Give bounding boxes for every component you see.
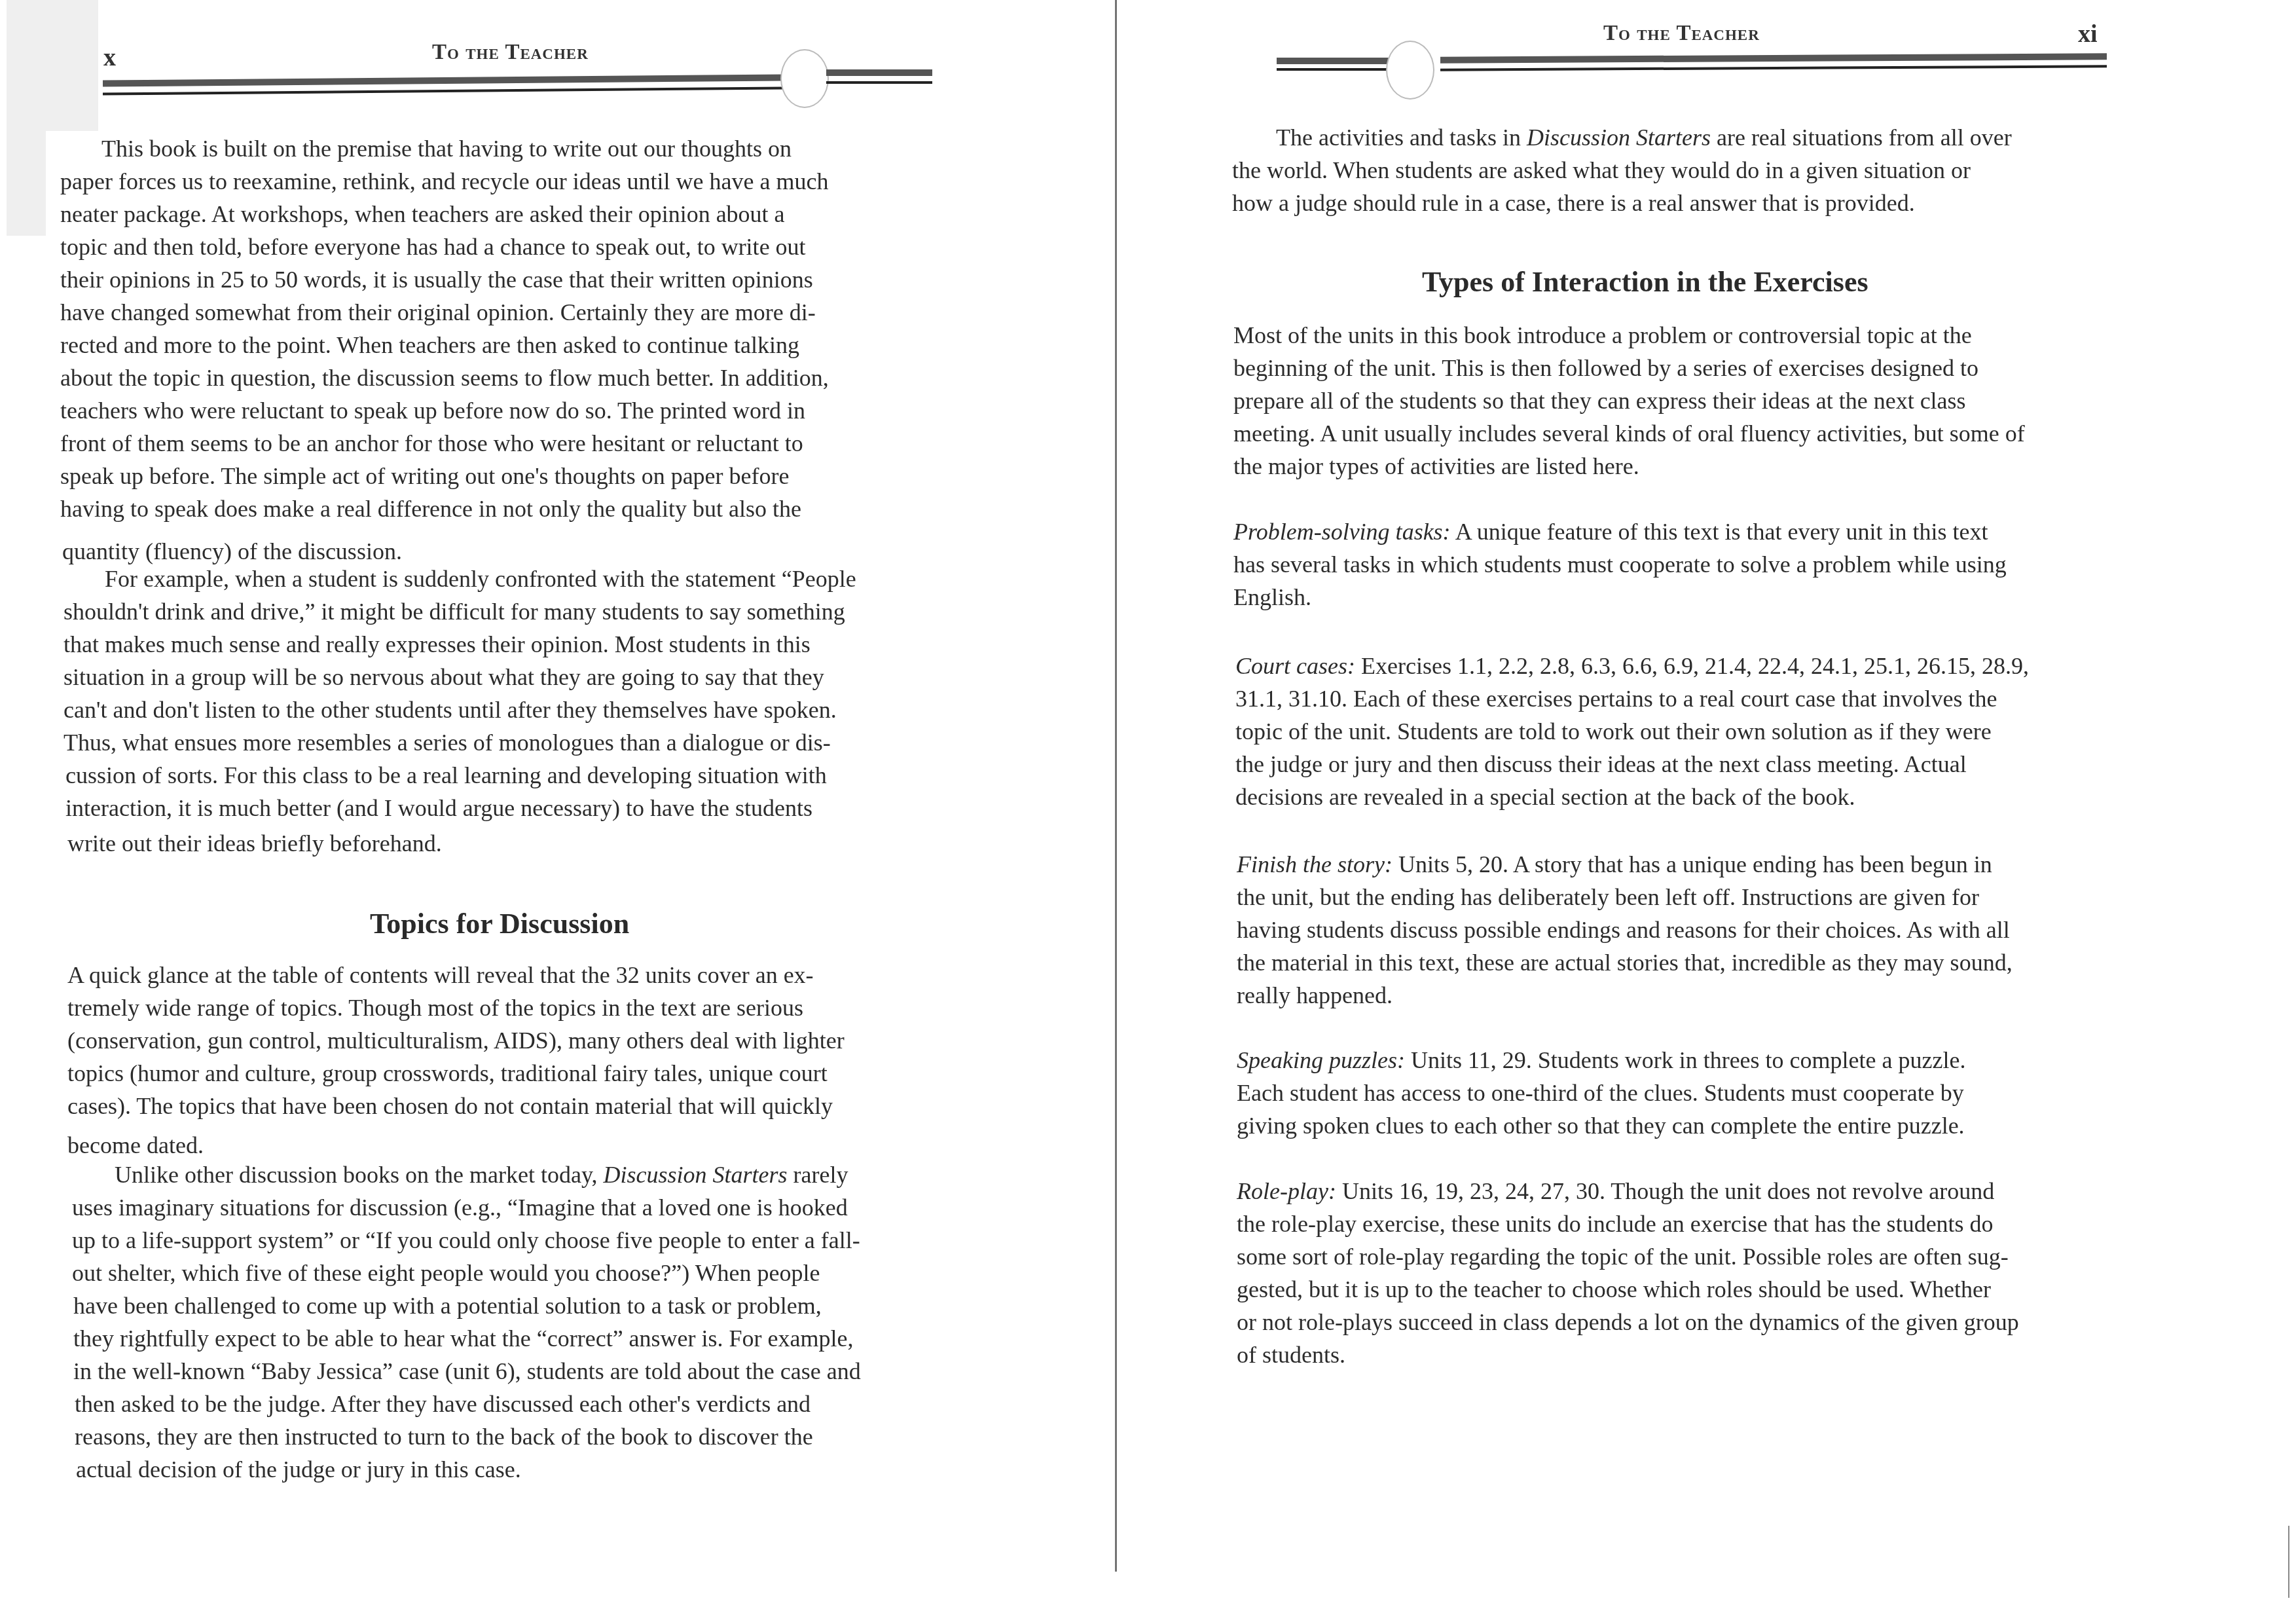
page-number: xi (2078, 20, 2098, 48)
text-line: has several tasks in which students must… (1233, 550, 2007, 579)
text-run: A unique feature of this text is that ev… (1451, 519, 1988, 545)
text-line: their opinions in 25 to 50 words, it is … (60, 265, 813, 294)
text-line: prepare all of the students so that they… (1233, 386, 1966, 415)
text-line: Speaking puzzles: Units 11, 29. Students… (1237, 1046, 1965, 1075)
binding-ring (1386, 41, 1434, 100)
header-rule-thick (1277, 58, 1391, 64)
section-heading: Topics for Discussion (370, 907, 629, 940)
text-line: interaction, it is much better (and I wo… (65, 794, 812, 822)
header-rule-thick (103, 74, 784, 86)
text-line: tremely wide range of topics. Though mos… (67, 993, 803, 1022)
text-run: Units 5, 20. A story that has a unique e… (1393, 851, 1992, 877)
text-line: (conservation, gun control, multicultura… (67, 1026, 845, 1055)
text-line: paper forces us to reexamine, rethink, a… (60, 167, 829, 196)
text-line: English. (1233, 583, 1311, 612)
text-line: having students discuss possible endings… (1237, 915, 2010, 944)
text-line: topic of the unit. Students are told to … (1235, 717, 1992, 746)
text-line: the unit, but the ending has deliberatel… (1237, 883, 1979, 912)
activity-label: Problem-solving tasks: (1233, 519, 1451, 545)
text-line: have changed somewhat from their origina… (60, 298, 816, 327)
text-line: actual decision of the judge or jury in … (76, 1455, 521, 1484)
text-run: are real situations from all over (1711, 124, 2012, 151)
text-line: giving spoken clues to each other so tha… (1237, 1111, 1965, 1140)
text-line: or not role-plays succeed in class depen… (1237, 1308, 2019, 1337)
text-run: Units 11, 29. Students work in threes to… (1405, 1047, 1966, 1073)
text-line: 31.1, 31.10. Each of these exercises per… (1235, 684, 1997, 713)
text-line: This book is built on the premise that h… (101, 134, 792, 163)
text-line: cases). The topics that have been chosen… (67, 1092, 833, 1120)
text-line: the world. When students are asked what … (1232, 156, 1971, 185)
text-line: teachers who were reluctant to speak up … (60, 396, 805, 425)
text-line: shouldn't drink and drive,” it might be … (64, 597, 845, 626)
text-line: topic and then told, before everyone has… (60, 232, 806, 261)
text-line: topics (humor and culture, group crosswo… (67, 1059, 828, 1088)
header-rule-thick (1440, 53, 2107, 63)
activity-label: Role-play: (1237, 1178, 1336, 1204)
text-line: write out their ideas briefly beforehand… (67, 829, 442, 858)
text-line: that makes much sense and really express… (64, 630, 811, 659)
text-line: Problem-solving tasks: A unique feature … (1233, 517, 1988, 546)
text-line: the role-play exercise, these units do i… (1237, 1209, 1994, 1238)
text-line: meeting. A unit usually includes several… (1233, 419, 2025, 448)
book-title: Discussion Starters (604, 1162, 788, 1188)
text-line: reasons, they are then instructed to tur… (75, 1422, 813, 1451)
text-line: decisions are revealed in a special sect… (1235, 783, 1855, 811)
text-line: neater package. At workshops, when teach… (60, 200, 785, 229)
header-rule-thin (103, 86, 784, 95)
activity-label: Speaking puzzles: (1237, 1047, 1405, 1073)
text-line: in the well-known “Baby Jessica” case (u… (73, 1357, 861, 1386)
text-line: the material in this text, these are act… (1237, 948, 2013, 977)
text-line: out shelter, which five of these eight p… (72, 1259, 820, 1287)
text-line: Unlike other discussion books on the mar… (115, 1160, 848, 1189)
text-line: uses imaginary situations for discussion… (72, 1193, 848, 1222)
text-line: cussion of sorts. For this class to be a… (65, 761, 827, 790)
activity-label: Finish the story: (1237, 851, 1393, 877)
text-line: how a judge should rule in a case, there… (1232, 189, 1915, 217)
text-line: front of them seems to be an anchor for … (60, 429, 803, 458)
section-heading: Types of Interaction in the Exercises (1422, 265, 1868, 299)
text-run: The activities and tasks in (1276, 124, 1527, 151)
text-run: Exercises 1.1, 2.2, 2.8, 6.3, 6.6, 6.9, … (1355, 653, 2029, 679)
text-line: beginning of the unit. This is then foll… (1233, 354, 1978, 382)
header-rule-thin (1277, 68, 1391, 71)
book-title: Discussion Starters (1527, 124, 1711, 151)
binding-ring (780, 49, 829, 108)
text-line: Thus, what ensues more resembles a serie… (64, 728, 831, 757)
text-line: Most of the units in this book introduce… (1233, 321, 1972, 350)
text-line: For example, when a student is suddenly … (105, 564, 856, 593)
text-line: Court cases: Exercises 1.1, 2.2, 2.8, 6.… (1235, 652, 2029, 680)
text-line: the major types of activities are listed… (1233, 452, 1639, 481)
text-line: about the topic in question, the discuss… (60, 363, 829, 392)
text-line: A quick glance at the table of contents … (67, 961, 814, 989)
header-rule-thick (826, 69, 932, 76)
text-line: Role-play: Units 16, 19, 23, 24, 27, 30.… (1237, 1177, 1994, 1206)
text-line: some sort of role-play regarding the top… (1237, 1242, 2009, 1271)
text-run: Units 16, 19, 23, 24, 27, 30. Though the… (1336, 1178, 1994, 1204)
running-head: To the Teacher (1603, 22, 1760, 46)
text-line: The activities and tasks in Discussion S… (1276, 123, 2012, 152)
running-head: To the Teacher (432, 41, 589, 65)
left-page: x To the Teacher This book is built on t… (0, 0, 1113, 1624)
text-line: can't and don't listen to the other stud… (64, 695, 837, 724)
text-line: quantity (fluency) of the discussion. (62, 537, 402, 566)
text-line: situation in a group will be so nervous … (64, 663, 824, 692)
text-line: have been challenged to come up with a p… (73, 1291, 822, 1320)
header-rule-thin (826, 81, 932, 84)
text-line: speak up before. The simple act of writi… (60, 462, 790, 490)
text-line: Each student has access to one-third of … (1237, 1079, 1964, 1107)
text-line: gested, but it is up to the teacher to c… (1237, 1275, 1991, 1304)
text-line: the judge or jury and then discuss their… (1235, 750, 1967, 779)
text-line: up to a life-support system” or “If you … (72, 1226, 860, 1255)
text-line: rected and more to the point. When teach… (60, 331, 799, 360)
text-line: become dated. (67, 1131, 204, 1160)
text-line: then asked to be the judge. After they h… (75, 1390, 811, 1418)
book-gutter (1115, 0, 1117, 1572)
text-line: they rightfully expect to be able to hea… (73, 1324, 854, 1353)
activity-label: Court cases: (1235, 653, 1355, 679)
text-line: Finish the story: Units 5, 20. A story t… (1237, 850, 1992, 879)
text-line: really happened. (1237, 981, 1393, 1010)
header-rule-thin (1440, 65, 2107, 71)
text-run: Unlike other discussion books on the mar… (115, 1162, 604, 1188)
text-line: having to speak does make a real differe… (60, 494, 801, 523)
page-number: x (103, 43, 116, 72)
right-page: To the Teacher xi The activities and tas… (1121, 0, 2296, 1624)
text-line: of students. (1237, 1340, 1345, 1369)
text-run: rarely (788, 1162, 848, 1188)
